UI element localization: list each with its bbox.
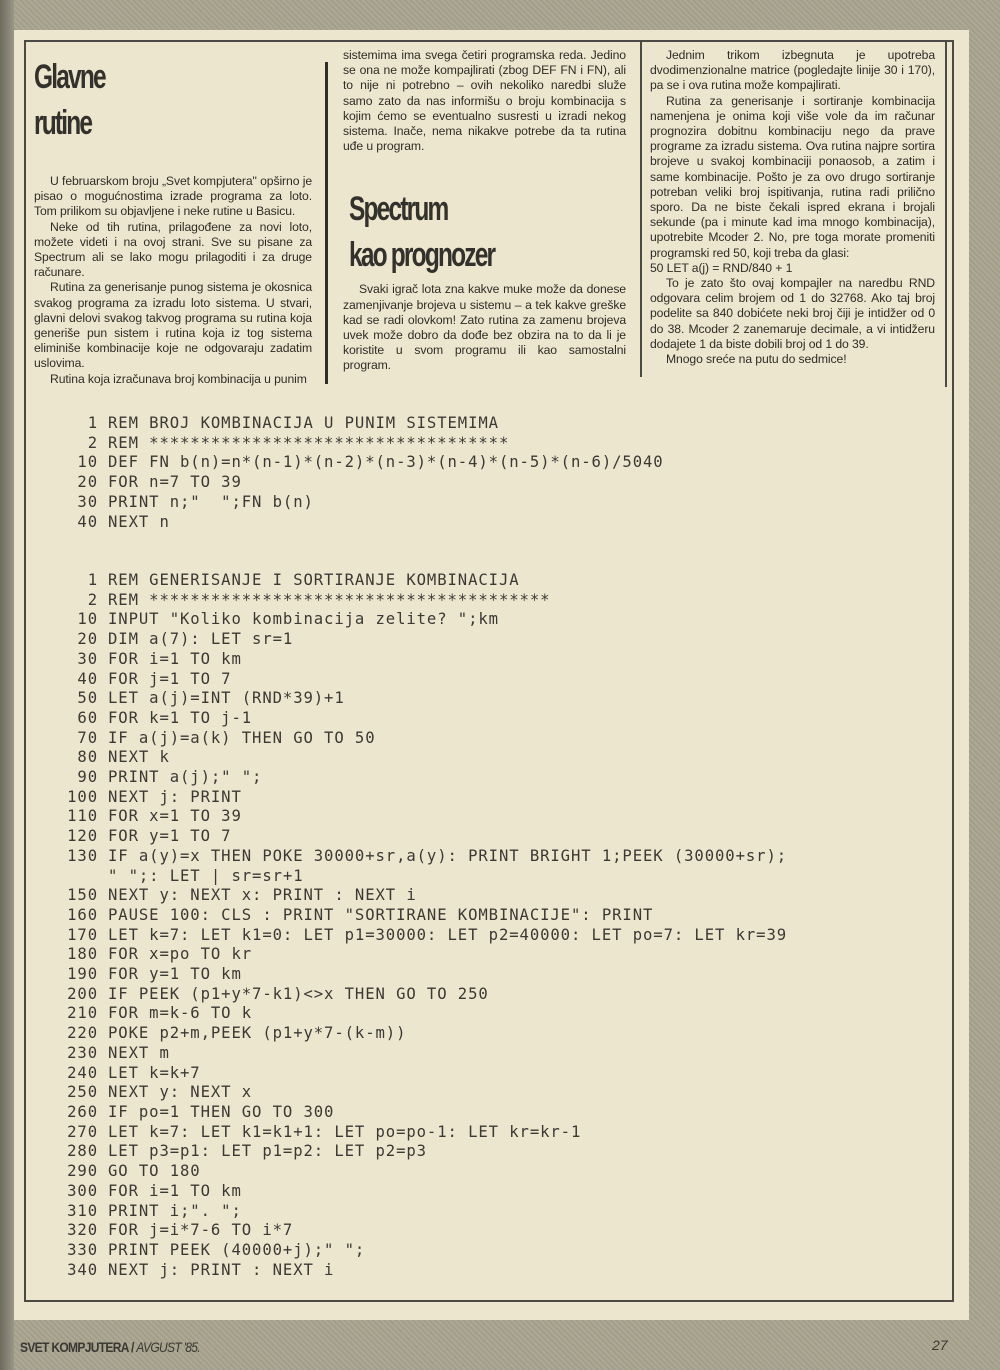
- code-text: FOR x=1 TO 39: [108, 807, 242, 825]
- code-line: 30PRINT n;" ";FN b(n): [58, 493, 664, 513]
- article-column-1: Glavne rutine U februarskom broju „Svet …: [34, 48, 312, 387]
- code-text: NEXT j: PRINT: [108, 788, 242, 806]
- code-text: FOR y=1 TO 7: [108, 827, 231, 845]
- code-text: REM ***********************************: [108, 434, 509, 452]
- code-text: NEXT m: [108, 1044, 170, 1062]
- page-number: 27: [932, 1337, 948, 1353]
- code-text: FOR m=k-6 TO k: [108, 1004, 252, 1022]
- code-line: 180FOR x=po TO kr: [58, 945, 787, 965]
- line-number: 180: [58, 945, 98, 965]
- code-text: NEXT y: NEXT x: PRINT : NEXT i: [108, 886, 417, 904]
- paragraph: Neke od tih rutina, prilagođene za novi …: [34, 220, 312, 281]
- code-text: IF a(y)=x THEN POKE 30000+sr,a(y): PRINT…: [108, 847, 787, 865]
- code-line: 60FOR k=1 TO j-1: [58, 709, 787, 729]
- line-number: 30: [58, 493, 98, 513]
- code-line: 160PAUSE 100: CLS : PRINT "SORTIRANE KOM…: [58, 906, 787, 926]
- article-column-3: Jednim trikom izbegnuta je upotreba dvod…: [650, 48, 935, 367]
- basic-listing-broj-kombinacija: 1REM BROJ KOMBINACIJA U PUNIM SISTEMIMA2…: [58, 414, 664, 532]
- code-line: 20FOR n=7 TO 39: [58, 473, 664, 493]
- headline-glavne-rutine: Glavne rutine: [34, 54, 234, 158]
- code-text: LET a(j)=INT (RND*39)+1: [108, 689, 345, 707]
- code-text: LET k=k+7: [108, 1064, 201, 1082]
- line-number: 70: [58, 729, 98, 749]
- code-text: PRINT PEEK (40000+j);" ";: [108, 1241, 365, 1259]
- code-line: 20DIM a(7): LET sr=1: [58, 630, 787, 650]
- paragraph: To je zato što ovaj kompajler na naredbu…: [650, 276, 935, 352]
- code-line: 210FOR m=k-6 TO k: [58, 1004, 787, 1024]
- code-line: 10INPUT "Koliko kombinacija zelite? ";km: [58, 610, 787, 630]
- code-line: 40NEXT n: [58, 513, 664, 533]
- line-number: 220: [58, 1024, 98, 1044]
- code-line: 1REM BROJ KOMBINACIJA U PUNIM SISTEMIMA: [58, 414, 664, 434]
- paragraph: U februarskom broju „Svet kompjutera" op…: [34, 174, 312, 220]
- code-text: GO TO 180: [108, 1162, 201, 1180]
- code-line: 330PRINT PEEK (40000+j);" ";: [58, 1241, 787, 1261]
- line-number: 40: [58, 670, 98, 690]
- basic-listing-generisanje-sortiranje: 1REM GENERISANJE I SORTIRANJE KOMBINACIJ…: [58, 571, 787, 1280]
- paragraph: sistemima ima svega četiri programska re…: [343, 48, 626, 154]
- line-number: 110: [58, 807, 98, 827]
- line-number: 340: [58, 1261, 98, 1281]
- article-column-2: sistemima ima svega četiri programska re…: [343, 48, 626, 374]
- code-line: 310PRINT i;". ";: [58, 1202, 787, 1222]
- code-line: 1REM GENERISANJE I SORTIRANJE KOMBINACIJ…: [58, 571, 787, 591]
- line-number: 270: [58, 1123, 98, 1143]
- line-number: 60: [58, 709, 98, 729]
- code-line: 230NEXT m: [58, 1044, 787, 1064]
- line-number: 10: [58, 453, 98, 473]
- code-text: LET p3=p1: LET p1=p2: LET p2=p3: [108, 1142, 427, 1160]
- code-line: 80NEXT k: [58, 748, 787, 768]
- sidebar-box-left-border: [640, 42, 642, 377]
- code-line: 170LET k=7: LET k1=0: LET p1=30000: LET …: [58, 926, 787, 946]
- code-text: LET k=7: LET k1=k1+1: LET po=po-1: LET k…: [108, 1123, 581, 1141]
- code-text: NEXT j: PRINT : NEXT i: [108, 1261, 334, 1279]
- code-line: 260IF po=1 THEN GO TO 300: [58, 1103, 787, 1123]
- headline-line: Glavne: [34, 54, 234, 100]
- code-text: DEF FN b(n)=n*(n-1)*(n-2)*(n-3)*(n-4)*(n…: [108, 453, 664, 471]
- line-number: 1: [58, 571, 98, 591]
- headline-line: Spectrum: [349, 186, 548, 232]
- code-line: 120FOR y=1 TO 7: [58, 827, 787, 847]
- line-number: 40: [58, 513, 98, 533]
- code-text: REM BROJ KOMBINACIJA U PUNIM SISTEMIMA: [108, 414, 499, 432]
- headline-line: rutine: [34, 100, 234, 146]
- code-line: 340NEXT j: PRINT : NEXT i: [58, 1261, 787, 1281]
- line-number: 330: [58, 1241, 98, 1261]
- code-line: 70IF a(j)=a(k) THEN GO TO 50: [58, 729, 787, 749]
- code-text: IF po=1 THEN GO TO 300: [108, 1103, 334, 1121]
- line-number: 20: [58, 473, 98, 493]
- code-text: IF PEEK (p1+y*7-k1)<>x THEN GO TO 250: [108, 985, 489, 1003]
- footer-separator: /: [128, 1339, 136, 1355]
- code-text: FOR y=1 TO km: [108, 965, 242, 983]
- code-text: FOR i=1 TO km: [108, 650, 242, 668]
- line-number: 260: [58, 1103, 98, 1123]
- line-number: 170: [58, 926, 98, 946]
- line-number: 90: [58, 768, 98, 788]
- column-divider: [325, 62, 328, 384]
- footer-magazine-title: SVET KOMPJUTERA / AVGUST '85.: [20, 1339, 200, 1355]
- line-number: 2: [58, 591, 98, 611]
- code-line: 2REM ***********************************…: [58, 591, 787, 611]
- line-number: 320: [58, 1221, 98, 1241]
- magazine-name: SVET KOMPJUTERA: [20, 1339, 128, 1355]
- code-text: FOR j=1 TO 7: [108, 670, 231, 688]
- line-number: 2: [58, 434, 98, 454]
- code-line: 50LET a(j)=INT (RND*39)+1: [58, 689, 787, 709]
- code-line: 90PRINT a(j);" ";: [58, 768, 787, 788]
- code-line: 130IF a(y)=x THEN POKE 30000+sr,a(y): PR…: [58, 847, 787, 867]
- line-number: 100: [58, 788, 98, 808]
- line-number: 50: [58, 689, 98, 709]
- code-text: PRINT a(j);" ";: [108, 768, 262, 786]
- code-line: 10DEF FN b(n)=n*(n-1)*(n-2)*(n-3)*(n-4)*…: [58, 453, 664, 473]
- code-line: 110FOR x=1 TO 39: [58, 807, 787, 827]
- headline-line: kao prognozer: [349, 232, 548, 278]
- code-line: 290GO TO 180: [58, 1162, 787, 1182]
- code-text: LET k=7: LET k1=0: LET p1=30000: LET p2=…: [108, 926, 787, 944]
- code-line: 2REM ***********************************: [58, 434, 664, 454]
- inline-code-line: 50 LET a(j) = RND/840 + 1: [650, 261, 935, 276]
- code-line: 200IF PEEK (p1+y*7-k1)<>x THEN GO TO 250: [58, 985, 787, 1005]
- line-number: 10: [58, 610, 98, 630]
- code-text: IF a(j)=a(k) THEN GO TO 50: [108, 729, 376, 747]
- code-text: PAUSE 100: CLS : PRINT "SORTIRANE KOMBIN…: [108, 906, 653, 924]
- code-line: 40FOR j=1 TO 7: [58, 670, 787, 690]
- line-number: 30: [58, 650, 98, 670]
- line-number: 160: [58, 906, 98, 926]
- code-text: FOR k=1 TO j-1: [108, 709, 252, 727]
- line-number: 20: [58, 630, 98, 650]
- headline-spectrum-kao-prognozer: Spectrum kao prognozer: [349, 186, 548, 278]
- paragraph: Rutina za generisanje i sortiranje kombi…: [650, 94, 935, 261]
- line-number: 290: [58, 1162, 98, 1182]
- code-text: FOR n=7 TO 39: [108, 473, 242, 491]
- code-text: POKE p2+m,PEEK (p1+y*7-(k-m)): [108, 1024, 406, 1042]
- code-text: INPUT "Koliko kombinacija zelite? ";km: [108, 610, 499, 628]
- code-text: NEXT n: [108, 513, 170, 531]
- line-number: 130: [58, 847, 98, 867]
- code-text: FOR j=i*7-6 TO i*7: [108, 1221, 293, 1239]
- paragraph: Rutina koja izračunava broj kombinacija …: [34, 372, 312, 387]
- code-text: PRINT n;" ";FN b(n): [108, 493, 314, 511]
- code-text: NEXT k: [108, 748, 170, 766]
- line-number: 210: [58, 1004, 98, 1024]
- code-text: FOR x=po TO kr: [108, 945, 252, 963]
- paragraph: Jednim trikom izbegnuta je upotreba dvod…: [650, 48, 935, 94]
- code-line: 250NEXT y: NEXT x: [58, 1083, 787, 1103]
- line-number: 230: [58, 1044, 98, 1064]
- sidebar-box-right-border: [945, 42, 947, 387]
- code-text: PRINT i;". ";: [108, 1202, 242, 1220]
- code-line: 320FOR j=i*7-6 TO i*7: [58, 1221, 787, 1241]
- code-line: 240LET k=k+7: [58, 1064, 787, 1084]
- code-line: 100NEXT j: PRINT: [58, 788, 787, 808]
- code-text: REM ************************************…: [108, 591, 550, 609]
- code-text: " ";: LET | sr=sr+1: [108, 867, 303, 885]
- code-line: " ";: LET | sr=sr+1: [58, 867, 787, 887]
- line-number: 1: [58, 414, 98, 434]
- code-line: 150NEXT y: NEXT x: PRINT : NEXT i: [58, 886, 787, 906]
- paragraph: Rutina za generisanje punog sistema je o…: [34, 280, 312, 371]
- line-number: 120: [58, 827, 98, 847]
- code-text: FOR i=1 TO km: [108, 1182, 242, 1200]
- code-line: 30FOR i=1 TO km: [58, 650, 787, 670]
- code-line: 280LET p3=p1: LET p1=p2: LET p2=p3: [58, 1142, 787, 1162]
- paragraph: Svaki igrač lota zna kakve muke može da …: [343, 282, 626, 373]
- code-line: 270LET k=7: LET k1=k1+1: LET po=po-1: LE…: [58, 1123, 787, 1143]
- paragraph: Mnogo sreće na putu do sedmice!: [650, 352, 935, 367]
- code-line: 190FOR y=1 TO km: [58, 965, 787, 985]
- line-number: 200: [58, 985, 98, 1005]
- line-number: 80: [58, 748, 98, 768]
- issue-date: AVGUST '85.: [136, 1339, 200, 1355]
- line-number: 240: [58, 1064, 98, 1084]
- code-line: 220POKE p2+m,PEEK (p1+y*7-(k-m)): [58, 1024, 787, 1044]
- line-number: 150: [58, 886, 98, 906]
- code-line: 300FOR i=1 TO km: [58, 1182, 787, 1202]
- code-text: REM GENERISANJE I SORTIRANJE KOMBINACIJA: [108, 571, 520, 589]
- line-number: 250: [58, 1083, 98, 1103]
- code-text: NEXT y: NEXT x: [108, 1083, 252, 1101]
- code-text: DIM a(7): LET sr=1: [108, 630, 293, 648]
- line-number: 300: [58, 1182, 98, 1202]
- line-number: 190: [58, 965, 98, 985]
- line-number: 280: [58, 1142, 98, 1162]
- line-number: 310: [58, 1202, 98, 1222]
- page-binding-shadow: [0, 0, 14, 1370]
